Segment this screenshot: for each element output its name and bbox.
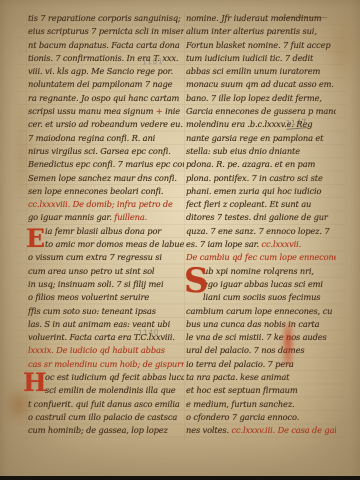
rubric-text: fuillena. — [114, 212, 147, 222]
text-line: alium inter alterius parentis sui, — [186, 25, 336, 38]
text-line: ffis cum soto suo: teneant ipsas — [28, 305, 184, 318]
ink-text: monacu suum qm ad ducat asso em. — [186, 79, 334, 89]
ink-text: cambium carum lope ennecones, cu — [186, 306, 332, 316]
text-line: 7 maiodona regina confi. R. ani — [28, 132, 184, 145]
ink-text: oc est iudicium qd fecit abbas lucas — [45, 372, 184, 382]
text-line: t confuerit. qui fuit danus asco emilia — [28, 398, 184, 411]
text-line: o castruil cum illo palacio de castsca — [28, 411, 184, 424]
text-line: nt bacum dapnatus. Facta carta dona — [28, 39, 184, 52]
ink-text: io terra del palacio. 7 pera — [186, 359, 294, 369]
ink-text: tum iudicium iudicii tic. 7 dedit — [186, 53, 313, 63]
ink-text: ra regnante. Jo ospo qui hanc cartam — [28, 93, 179, 103]
ink-text: le vna de sci mistii. 7 ke nos audes — [186, 332, 327, 342]
text-line: o filios meos voluerint seruire — [28, 291, 184, 304]
text-line: nomine. Jfr iuderaut molendinum — [186, 12, 336, 25]
ink-text: inie — [163, 106, 180, 116]
rubric-text: lxxxix. De iudicio qd habuit abbas — [28, 345, 165, 355]
manuscript-photo: .cc.lxxxix. tis 7 reparatione corporis s… — [0, 0, 360, 480]
text-line: Benedictus epc confi. 7 marius epc confi… — [28, 158, 184, 171]
ink-text: viii. vi. kls agp. Me Sancio rege por. — [28, 66, 173, 76]
text-line: fect fieri z copleant. Et sunt au — [186, 198, 336, 211]
text-line: eius scripturus 7 pernicta scli in miser — [28, 25, 184, 38]
ink-text: cum hominib; de gassea, lop lopez — [28, 425, 168, 435]
text-line: viii. vi. kls agp. Me Sancio rege por. — [28, 65, 184, 78]
rubric-text: cc.lxxxviii. De domib; infra petro de — [28, 199, 173, 209]
ink-text: nt bacum dapnatus. Facta carta dona — [28, 40, 180, 50]
text-line: cc.lxxxviii. De domib; infra petro de — [28, 198, 184, 211]
ink-text: noluntatem dei pampilonam 7 nage — [28, 79, 172, 89]
text-line: go iguar mannis gar. fuillena. — [28, 211, 184, 224]
illuminated-initial-h: H — [23, 370, 47, 395]
text-line: nirus virgilus sci. Garsea epc confi. — [28, 145, 184, 158]
text-line: Fortun blasket nomine. 7 fuit accep — [186, 39, 336, 52]
text-column-left: tis 7 reparatione corporis sanguinisq;ei… — [28, 12, 184, 438]
ink-text: Garcia ennecones de gussera p mano — [186, 106, 336, 116]
ink-text: et hoc est septuan firmaum — [186, 385, 298, 395]
text-line: abbas sci emilin unum iuratorem — [186, 65, 336, 78]
text-line: noluntatem dei pampilonam 7 nage — [28, 78, 184, 91]
ink-text: nes voltes. — [186, 425, 231, 435]
ink-text: fect fieri z copleant. Et sunt au — [186, 199, 311, 209]
ink-text: Semen lope sanchez maur dns confi. — [28, 173, 177, 183]
ink-text: abbas sci emilin unum iuratorem — [186, 66, 320, 76]
text-line: ural del palacio. 7 nos dames — [186, 344, 336, 357]
text-line: cas sr molendinu cum hoib; de gispurra. — [28, 358, 184, 371]
text-line: lxxxix. De iudicio qd habuit abbas — [28, 344, 184, 357]
ink-text: ffis cum soto suo: teneant ipsas — [28, 306, 156, 316]
ink-text: o vissum cum extra 7 regressu si — [28, 252, 162, 262]
text-line: plona. pontifex. 7 in castro sci ste — [186, 172, 336, 185]
ink-text: ditores 7 testes. dni galione de gur — [186, 212, 328, 222]
text-line: las. S in aut animam eas: veant ubi — [28, 318, 184, 331]
text-line: ta nra pacta. kese animat — [186, 371, 336, 384]
pencil-date-annotation: 1140 — [138, 328, 159, 338]
pencil-date-annotation: 1147 — [286, 117, 308, 130]
text-line: tum iudicium iudicii tic. 7 dedit — [186, 52, 336, 65]
text-line: cum area unso petro ut sint sol — [28, 265, 184, 278]
ink-text: es. 7 iam lope sar. — [186, 239, 262, 249]
text-line: es. 7 iam lope sar. cc.lxxxvii. — [186, 238, 336, 251]
text-line: ia femr blasii albus dona por — [28, 225, 184, 238]
ink-text: t confuerit. qui fuit danus asco emilia — [28, 399, 180, 409]
rubric-text: cas sr molendinu cum hoib; de gispurra. — [28, 359, 184, 369]
text-line: scripsi ussu manu mea signum + inie — [28, 105, 184, 118]
text-line: ditores 7 testes. dni galione de gur — [186, 211, 336, 224]
text-line: cer. et ursio ad robeandum vedere eu. — [28, 118, 184, 131]
ink-text: Benedictus epc confi. 7 marius epc confi… — [28, 159, 184, 169]
text-line: bano. 7 ille lop lopez dedit ferme, — [186, 92, 336, 105]
text-line: le vna de sci mistii. 7 ke nos audes — [186, 331, 336, 344]
ink-text: o cfondero 7 garcia ennoco. — [186, 412, 299, 422]
ink-text: nomine. Jfr iuderaut molendinum — [186, 13, 321, 23]
illuminated-initial-s: S — [184, 264, 209, 298]
ink-text: bus una cunca das nobis in carta — [186, 319, 319, 329]
ink-text: cer. et ursio ad robeandum vedere eu. — [28, 119, 183, 129]
text-line: quza. 7 ene sanz. 7 ennoco lopez. 7 — [186, 225, 336, 238]
ink-text: e medium, furtun sanchez. — [186, 399, 295, 409]
rubric-text: cc.lxxxv.iii. De casa de gallegos. — [231, 425, 336, 435]
text-line: ra regnante. Jo ospo qui hanc cartam — [28, 92, 184, 105]
ink-text: ia femr blasii albus dona por — [45, 226, 161, 236]
text-line: monacu suum qm ad ducat asso em. — [186, 78, 336, 91]
text-line: sci emilin de molendinis illa que — [28, 384, 184, 397]
ink-text: alium inter alterius parentis sui, — [186, 26, 317, 36]
ink-text: nirus virgilus sci. Garsea epc confi. — [28, 146, 171, 156]
ink-text: 7 maiodona regina confi. R. ani — [28, 133, 155, 143]
illuminated-initial-e: E — [26, 226, 45, 251]
text-line: voluerint. Facta carta era T.C.lxxviii. — [28, 331, 184, 344]
ink-text: o castruil cum illo palacio de castsca — [28, 412, 177, 422]
ink-text: ego iguar abbas lucas sci emi — [203, 279, 323, 289]
text-line: pdona. R. pe. azagra. et en pam — [186, 158, 336, 171]
text-line: o cfondero 7 garcia ennoco. — [186, 411, 336, 424]
ink-text: go iguar mannis gar. — [28, 212, 114, 222]
text-line: in usq; insinuam soli. 7 si filij mei — [28, 278, 184, 291]
text-line: io terra del palacio. 7 pera — [186, 358, 336, 371]
text-line: sen lope ennecones beolari confi. — [28, 185, 184, 198]
pencil-date-annotation: 1101 — [142, 56, 164, 66]
text-line: cum hominib; de gassea, lop lopez — [28, 424, 184, 437]
text-line: tis 7 reparatione corporis sanguinisq; — [28, 12, 184, 25]
text-line: nante garsia rege en pamplona et — [186, 132, 336, 145]
text-line: Garcia ennecones de gussera p mano — [186, 105, 336, 118]
ink-text: sci emilin de molendinis illa que — [45, 385, 176, 395]
ink-text: quza. 7 ene sanz. 7 ennoco lopez. 7 — [186, 226, 330, 236]
text-line: et hoc est septuan firmaum — [186, 384, 336, 397]
ink-text: pdona. R. pe. azagra. et en pam — [186, 159, 315, 169]
text-line: Semen lope sanchez maur dns confi. — [28, 172, 184, 185]
text-column-right: nomine. Jfr iuderaut molendinumalium int… — [186, 12, 336, 438]
text-line: stella: sub eius dnio dniante — [186, 145, 336, 158]
text-line: molendinu era .b.c.lxxxv.e. Reg — [186, 118, 336, 131]
text-line: e medium, furtun sanchez. — [186, 398, 336, 411]
ink-text: sen lope ennecones beolari confi. — [28, 186, 163, 196]
ink-text: tis 7 reparatione corporis sanguinisq; — [28, 13, 181, 23]
text-line: phani. emen zuria qui hoc iudicio — [186, 185, 336, 198]
ink-text: cum area unso petro ut sint sol — [28, 266, 154, 276]
ink-text: to amic mor domos meas de labue — [45, 239, 184, 249]
ink-text: phani. emen zuria qui hoc iudicio — [186, 186, 321, 196]
ink-text: Fortun blasket nomine. 7 fuit accep — [186, 40, 331, 50]
text-line: o vissum cum extra 7 regressu si — [28, 251, 184, 264]
red-pigment-smudge — [284, 322, 292, 366]
ink-text: ta nra pacta. kese animat — [186, 372, 289, 382]
ink-text: in usq; insinuam soli. 7 si filij mei — [28, 279, 163, 289]
ink-text: scripsi ussu manu mea signum — [28, 106, 156, 116]
ink-text: liani cum sociis suos fecimus — [203, 292, 320, 302]
text-line: cambium carum lope ennecones, cu — [186, 305, 336, 318]
rubric-text: + — [156, 106, 163, 116]
text-line: oc est iudicium qd fecit abbas lucas — [28, 371, 184, 384]
rubric-text: cc.lxxxvii. — [262, 239, 302, 249]
ink-text: o filios meos voluerint seruire — [28, 292, 149, 302]
ink-text: bano. 7 ille lop lopez dedit ferme, — [186, 93, 322, 103]
ink-text: ub xpi nomine rolqrens nri, — [203, 266, 314, 276]
ink-text: plona. pontifex. 7 in castro sci ste — [186, 173, 323, 183]
photo-edge-strip — [0, 476, 360, 480]
text-line: to amic mor domos meas de labue — [28, 238, 184, 251]
ink-text: nante garsia rege en pamplona et — [186, 133, 323, 143]
ink-text: eius scripturus 7 pernicta scli in miser — [28, 26, 184, 36]
ink-text: stella: sub eius dnio dniante — [186, 146, 300, 156]
text-line: bus una cunca das nobis in carta — [186, 318, 336, 331]
text-line: nes voltes. cc.lxxxv.iii. De casa de gal… — [186, 424, 336, 437]
